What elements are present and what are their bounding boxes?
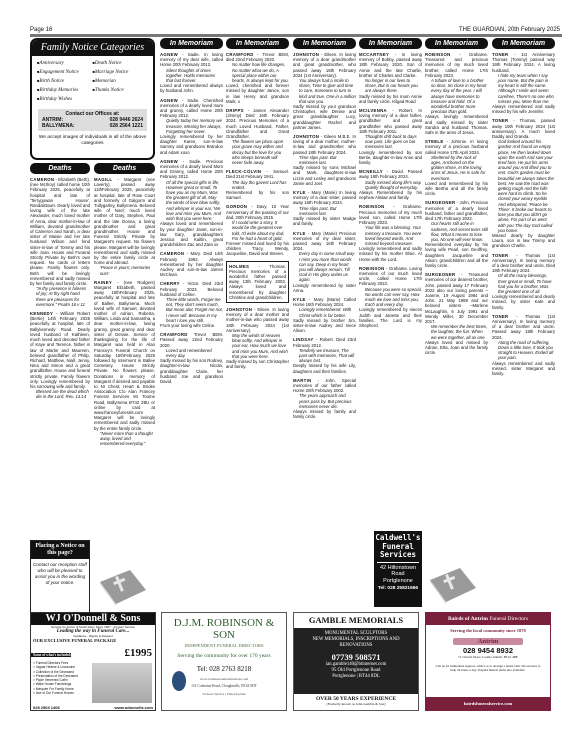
notice-text: ROBINSON - Grahame. Treasured and precio… [425,52,488,78]
notice-signoff: Remembered everyday by his loving wife P… [425,242,488,268]
ad-formerly: (Formerly known as John Gamble & Son) [294,702,418,706]
phone: Tel: 028 25821666 [374,586,422,591]
notice-entry: SURGEONER - Treasured memories of our de… [425,272,488,355]
notice-text: JOHNSTON - Eileen. In loving memory of a… [293,52,356,78]
notice-verse: Three little words, Forget me not, They … [160,297,223,323]
notice-entry: MARTIN - John. Special memories of our f… [293,378,356,420]
notice-signoff: Sadly missed by sons Michael and Mark, d… [293,165,356,186]
category-item: Thanks Notice [93,86,149,95]
notice-verse: Time slips past, But memories last. [293,206,356,216]
caldwells-name: Caldwell's Funeral Services [374,534,422,560]
notice-surname: MARTIN [293,378,312,383]
category-item: Birthday Memories [37,86,93,95]
memoriam-column-8: In Memoriam TONER - 1st Anniversary Thom… [492,38,555,608]
notice-verse: The day tho gavest Lord has ended. [226,180,289,190]
notice-verse: Silent thoughts of times together. Holds… [160,68,223,84]
notice-surname: CAMERON [160,251,184,256]
notice-entry: FLECK-COLVIN - Samuel. Died 21st Februar… [226,169,289,200]
notice-signoff: Sadly missed by your grandson Christophe… [293,104,356,130]
notice-text: TONER - Thomas (1st Anniversary). In lov… [492,253,555,274]
notice-entry: KYLE - Mary (Marie) In loving memory of … [293,190,356,226]
notice-signoff: Loved and remembered by his wife Bertha … [425,181,488,197]
notice-surname: CAMERON [30,177,54,182]
notice-signoff: Always lovingly remembered and sadly mis… [425,114,488,135]
notice-verse: "In thy presence is fulness of joy; At t… [30,286,90,307]
notice-signoff: Forever missed and loved by his children… [226,241,289,257]
category-item: Anniversary [37,59,93,68]
ad-serving: Serving the local community since 1870 [426,628,550,633]
notice-signoff: Lovingly remembered and sadly missed by … [359,246,422,262]
notice-text: SURGEONER - John. Precious memories of a… [425,200,488,221]
notice-signoff: Lovingly remembered by her daughter Kare… [160,134,223,155]
notice-surname: TONER [492,118,508,123]
notice-entry: GORDON - Davy. 10 Year Anniversary of th… [226,204,289,256]
notice-signoff: Sadly missed by brother Jim, sister-in-l… [293,318,356,334]
notice-verse: Our hearts still ache in sadness, And se… [425,221,488,242]
notice-entry: CAMERON - Mary. Died 14th February 1992.… [160,251,223,277]
notice-text: TONER - 1st Anniversary Thomas (Tommy) p… [492,52,555,73]
bible-icon [426,566,478,604]
ad-phone: 07739 508571 [296,652,416,662]
ad-text: Call us for immediate support, advice or… [426,664,550,672]
notice-text: MCCARTNEY - In loving memory of Bobby, p… [359,52,422,78]
notice-verse: The flowers we place upon your grave may… [226,139,289,165]
notice-surname: CRAWFORD [160,332,188,337]
office-ballymena: BALLYMENA:028 2564 1221 [42,123,143,129]
notice-verse: A tribute of love to a brother so dear. … [425,78,488,114]
notice-text: TONER - Thomas, passed away 19th Februar… [492,118,555,139]
ad-name: WJ O'Donnell & Sons [31,613,155,625]
ad-name-suffix: Funeral Directors [489,616,528,622]
notice-verse: Because you were so special, No words ca… [359,287,422,308]
notice-verse: I hide my tears when I say your name, Bu… [492,73,555,104]
notice-text: ROBINSON - Grahame. Precious memories of… [359,204,422,225]
notice-text: KYLE - Mary (Marie) Called Home 16th Feb… [293,297,356,307]
ad-name: Bairds of Antrim [448,616,488,622]
memoriam-column-6: In Memoriam MCCARTNEY - In loving memory… [359,38,422,528]
notice-text: HOLMES - Thomas. Precious memories of a … [229,264,286,300]
section-header-deaths: Deaths [94,163,155,174]
notice-surname: ROBINSON [425,52,451,57]
notice-signoff: Always remembered and sadly missed, sist… [492,361,555,377]
notice-text: KYLE - Mary (Marie) Precious memories of… [293,231,356,252]
notice-entry: AGNEW - Sadie. Precious memories of a de… [160,159,223,247]
notice-text: MAGILL - Margaret (nee Laverty), passed … [94,177,155,265]
placing-notice-title: Placing a Notice on this page? [31,541,89,559]
notice-entry: JOHNSTON - Eileen. In loving memory of a… [293,52,356,130]
notice-entry: KYLE - Mary (Marie) Precious memories of… [293,231,356,293]
notice-entry: TONER - Thomas, passed away 19th Februar… [492,118,555,248]
notice-entry: MAGILL - Margaret (nee Laverty), passed … [94,177,155,276]
notice-entry: MCILVENNA - Robert. In loving memory of … [359,108,422,165]
ad-website: www.odonnells.com [114,705,153,710]
category-item: Memorian [93,77,149,86]
section-header-memoriam: In Memoriam [293,38,356,49]
ad-line: NEW MEMORIALS, INSCRIPTIONS AND RENOVATI… [296,637,416,649]
notice-surname: RAINEY [94,280,112,285]
notice-surname: GORDON [226,204,247,209]
placing-notice-box: Placing a Notice on this page? Contact o… [30,540,90,614]
notice-surname: HOLMES [229,264,249,269]
ad-body: MONUMENTAL SCULPTORS NEW MEMORIALS, INSC… [294,628,418,694]
deaths-column-1: Deaths CAMERON - Elizabeth (Beth), (nee … [30,163,90,533]
notice-entry: TONER - Thomas (1st Anniversary). In lov… [492,314,555,376]
notice-verse: Quietly today her memory we treasure, Mi… [160,118,223,134]
memoriam-column-5: In Memoriam JOHNSTON - Eileen. In loving… [293,38,356,608]
ad-included-list: > Funeral Directors Fees> Jaguar Hearse … [31,661,86,695]
ad-included-heading: Some of what's included: [31,653,71,657]
notice-surname: TONER [492,253,508,258]
notice-entry: STEELE - Johnnie. In loving memory of a … [425,139,488,196]
category-item: Birth Notice [37,77,93,86]
notice-entry: TONER - Thomas (1st Anniversary). In lov… [492,253,555,310]
notice-text: ROBINSON - Grahame. Loving memories of o… [359,266,422,287]
section-header-memoriam: In Memoriam [160,38,223,49]
notice-text: KENNEDY - William Robert (Bertie) 14th F… [30,311,90,389]
notice-text: JOHNSTON - Eileen M.B.E. In loving of a … [293,134,356,155]
notice-entry: JOHNSTON - Eileen. In loving memory of a… [226,307,289,369]
notice-entry: KENNEDY - William Robert (Bertie) 14th F… [30,311,90,399]
categories-title: Family Notice Categories [32,40,153,56]
ad-town: Antrim [453,638,523,645]
notice-text: CAMERON - Elizabeth (Beth), (nee McIlroy… [30,177,90,286]
notice-text: LINDSAY - Robert. Died 23rd February 201… [293,337,356,347]
notice-text: MCNEILLY - David. Passed away 18th Febru… [359,169,422,179]
notice-surname: KYLE [293,297,306,302]
gamble-memorials-ad: GAMBLE MEMORIALS MONUMENTAL SCULPTORS NE… [293,612,419,711]
notice-surname: MCILVENNA [359,108,387,113]
notice-verse: Along the road of suffering, Down a litt… [492,340,555,361]
notice-text: KYLE - Mary (Marie) In loving memory of … [293,190,356,206]
notice-text: AGNEW - Sadie. Precious memories of a de… [160,159,223,180]
notice-surname: DRIPPS [226,108,244,113]
memoriam-column-4: In Memoriam CRAWFORD - Trevor BEM, died … [226,38,289,608]
notice-entry: KYLE - Mary (Marie) Called Home 16th Feb… [293,297,356,333]
ad-title: Bairds of Antrim Funeral Directors [426,613,550,625]
notice-signoff: From your loving wife Celine. [160,323,223,328]
contact-offices: Contact our Offices at: ANTRIM:028 9446 … [38,109,147,131]
notice-surname: SURGEONER [425,200,455,205]
notice-entry: HOLMES - Thomas. Precious memories of a … [226,261,289,303]
memoriam-column-7: In Memoriam ROBINSON - Grahame. Treasure… [425,38,488,608]
placing-notice-body: Contact our reception staff who will be … [31,559,89,589]
ad-phone: 028 9454 8932 [426,646,550,655]
notice-entry: AGNEW - Sadie. In loving memory of my de… [160,52,223,94]
notice-verse: Your life was a blessing. Your memory a … [359,225,422,246]
notice-signoff: Sadly missed by son Christopher and fami… [226,359,289,369]
category-item: Death Notice [93,59,149,68]
section-header-memoriam: In Memoriam [425,38,488,49]
notice-signoff: Always missed by family and family circl… [293,409,356,419]
notice-entry: CHERRY - Victor. Died 23rd February 2023… [160,281,223,328]
notice-surname: ROBINSON [359,266,385,271]
notice-surname: AGNEW [160,52,178,57]
notice-verse: May the winds of Heaven blow softly, And… [226,333,289,359]
page-number: Page 16 [30,27,52,33]
section-header-memoriam: In Memoriam [359,38,422,49]
notice-verse: Time slips past. But memories last. [293,155,356,165]
notice-surname: KYLE [293,231,306,236]
crest-icon [172,671,186,691]
notice-surname: FLECK-COLVIN [226,169,261,174]
notice-entry: CRAWFORD Trevor BEM. Passed away 22nd Fe… [160,332,223,384]
category-item: Engagement Notice [37,68,93,77]
notice-surname: JOHNSTON [293,52,319,57]
publication-date: THE GUARDIAN, 20th February 2025 [459,27,560,33]
notice-surname: CHERRY [160,281,180,286]
djm-robinson-ad: D.J.M. ROBINSON & SON INDEPENDENT FUNERA… [161,612,287,711]
notice-verse: The years approach and years pass by. Bu… [293,393,356,409]
ad-subtitle: INDEPENDENT FUNERAL DIRECTORS [162,643,286,648]
office-phone: 028 2564 1221 [110,123,143,129]
included-item: > Use of Our Funeral Homes [33,691,86,695]
ad-address: Portglenone | BT44 8DL [296,674,416,680]
notice-verse: Thoughts drift back to days now past, Li… [359,134,422,150]
notice-surname: AGNEW [160,159,178,164]
notice-signoff: Remembered by his son Samuel. [226,190,289,200]
notice-verse: God looked around his garden And found a… [492,139,555,233]
notice-signoff: Sadly missed by his mum Annie and family… [359,94,422,104]
notice-surname: MCNEILLY [359,169,383,174]
notice-entry: ROBINSON - Grahame. Precious memories of… [359,204,422,261]
notice-verse: You always had a smile to share, Time to… [293,78,356,104]
notice-surname: STEELE [425,139,444,144]
header-rule [30,34,562,37]
notice-entry: RAINEY - (nee Rodgers) Margaret Elizabet… [94,280,155,447]
notice-entry: CAMERON - Elizabeth (Beth), (nee McIlroy… [30,177,90,307]
notice-text: MARTIN - John. Special memories of our f… [293,378,356,394]
notice-entry: AGNEW - Sadie. Cherished memories of a d… [160,98,223,155]
notice-surname: CRAWFORD [226,52,254,57]
notice-verse: We remember the best times, the laughter… [425,324,488,340]
ad-hours: 24 hour Service | Funeral plans [162,692,286,696]
notice-text: CAMERON - Mary. Died 14th February 1992.… [160,251,223,277]
ad-price: £1995 [125,647,153,659]
notice-signoff: Lovingly remembered by nieces Judith and… [359,307,422,328]
ad-address: 71 Church Street, County Antrim, BT41 4B… [426,655,550,659]
category-item: Birthday Wishes [37,95,93,104]
notice-surname: KENNEDY [30,311,53,316]
notice-signoff: Lovingly remembered and dearly missed, b… [492,294,555,310]
notice-surname: SURGEONER [425,272,455,277]
wj-odonnell-ad: WJ O'Donnell & Sons Serving Co Antrim & … [30,612,156,711]
notice-text: STEELE - Johnnie. In loving memory of a … [425,139,488,155]
notice-surname: MCCARTNEY [359,52,389,57]
notice-text: SURGEONER - Treasured memories of our de… [425,272,488,324]
notice-text: TONER - Thomas (1st Anniversary). In lov… [492,314,555,340]
memoriam-column-3: In Memoriam AGNEW - Sadie. In loving mem… [160,38,223,608]
ad-footer: bairdsfuneralservice.com [426,697,550,710]
notice-entry: JOHNSTON - Eileen M.B.E. In loving of a … [293,134,356,186]
notice-verse: Tenderly we treasure, The past with memo… [293,348,356,364]
notice-surname: TONER [492,314,508,319]
family-notice-categories: Family Notice Categories AnniversaryDeat… [30,38,155,160]
deaths-column-2: Deaths MAGILL - Margaret (nee Laverty), … [94,163,155,608]
notice-verse: No longer in our lives to share, But in … [359,78,422,94]
notice-signoff: Deeply missed by his wife Lily, daughter… [293,363,356,373]
bible-icon [96,568,148,606]
notice-signoff: Always Remembered by his nephew Alistair… [359,190,422,200]
notice-signoff: Always loved and remembered by your daug… [160,221,223,247]
notice-signoff: Loved, cherished and forever missed by d… [226,83,289,104]
notice-signoff: Lovingly remembered by son Bertie, daugh… [359,150,422,166]
ad-serving: Serving the community for over 170 years [162,653,286,659]
notice-text: AGNEW - Sadie. Cherished memories of a d… [160,98,223,119]
notice-verse: Lovingly remembered. With Christ which i… [293,307,356,317]
ad-footer: 028 2563 1406www.odonnells.com [31,705,155,710]
notice-text: AGNEW - Sadie. In loving memory of my de… [160,52,223,68]
notice-verse: Loved and remembered every day. [160,348,223,358]
notice-surname: JOHNSTON [293,134,319,139]
notice-signoff: Lovingly remembered by sister Anna. [293,283,356,293]
ad-website: bairdsfuneralservice.com [464,701,513,706]
notice-text: GORDON - Davy. 10 Year Anniversary of th… [226,204,289,220]
notice-signoff: Always remembered and sadly missed by hi… [492,104,555,114]
section-header-deaths: Deaths [30,163,90,174]
notice-text: FLECK-COLVIN - Samuel. Died 21st Februar… [226,169,289,179]
notice-text: CRAWFORD Trevor BEM. Passed away 22nd Fe… [160,332,223,348]
notice-signoff: Always loved and missed by Adrian, Etta,… [425,340,488,356]
notice-signoff: Sadly missed by sister Madge and family. [293,216,356,226]
notice-surname: KYLE [293,190,306,195]
notice-surname: ROBINSON [359,204,385,209]
notice-surname: LINDSAY [293,337,314,342]
notice-verse: Sadly missed along life's way. Quietly t… [359,180,422,190]
ad-name: GAMBLE MEMORIALS [294,613,418,628]
notice-surname: AGNEW [160,98,178,103]
notice-entry: LINDSAY - Robert. Died 23rd February 201… [293,337,356,373]
notice-entry: CRAWFORD - Trevor BEM, died 22nd Februar… [226,52,289,104]
funeral-home-photo [92,663,152,703]
images-note: We accept images of individuals in all o… [32,133,153,149]
ad-name: D.J.M. ROBINSON & SON [162,617,286,641]
notice-entry: SURGEONER - John. Precious memories of a… [425,200,488,268]
section-header-memoriam: In Memoriam [492,38,555,49]
notice-surname: JOHNSTON [226,307,252,312]
notice-verse: No matter how life changes, No matter wh… [226,62,289,83]
categories-list: AnniversaryDeath NoticeEngagement Notice… [32,56,153,107]
notice-text: JOHNSTON - Eileen. In loving memory of a… [226,307,289,333]
notice-signoff: Missed dearly by daughter Laura, son in … [492,233,555,249]
address-line: Portglenone [374,578,422,585]
notice-signoff: Loved and remembered always by husband J… [160,83,223,93]
ad-phone: 028 2563 1406 [33,705,60,710]
ad-package: OUR EXCLUSIVE FUNERAL PACKAGE [31,638,155,643]
notice-surname: TONER [492,52,508,57]
notice-surname: MAGILL [94,177,112,182]
notice-text: RAINEY - (nee Rodgers) Margaret Elizabet… [94,280,155,431]
notice-text: CRAWFORD - Trevor BEM, died 22nd Februar… [226,52,289,62]
caldwells-funeral-ad: Caldwell's Funeral Services 42 Hiltonsto… [374,531,422,607]
notice-verse: Every day in some small way I miss you m… [293,251,356,282]
notice-entry: ROBINSON - Grahame. Loving memories of o… [359,266,422,328]
notice-signoff: Sadly missed by his son Rodney, daughter… [160,358,223,384]
notice-text: DRIPPS - James Alexander (Jimmy) Died 16… [226,108,289,139]
notice-verse: Blessed are the dead which die in the Lo… [30,389,90,399]
notice-entry: DRIPPS - James Alexander (Jimmy) Died 16… [226,108,289,165]
notice-entry: MCNEILLY - David. Passed away 18th Febru… [359,169,422,200]
notice-verse: "Never more than a thought away, loved a… [94,431,155,447]
notice-verse: Of all the special gifts in life, Howeve… [160,180,223,222]
notice-entry: ROBINSON - Grahame. Treasured and precio… [425,52,488,135]
notice-entry: MCCARTNEY - In loving memory of Bobby, p… [359,52,422,104]
category-item: Marriage Notice [93,68,149,77]
notice-verse: If I could write a story, It would be th… [226,220,289,241]
notice-text: MCILVENNA - Robert. In loving memory of … [359,108,422,134]
notice-entry: TONER - 1st Anniversary Thomas (Tommy) p… [492,52,555,114]
notice-text: CHERRY - Victor. Died 23rd February 2023… [160,281,223,297]
section-header-memoriam: In Memoriam [226,38,289,49]
notice-verse: 'Peace is yours; memories ours' [94,265,155,275]
notice-verse: Of all the many blessings, Ever great or… [492,273,555,294]
divider [377,562,419,563]
bairds-of-antrim-ad: Bairds of Antrim Funeral Directors Servi… [425,612,551,711]
notice-verse: Sheltered by the rock of ages, Anchored … [425,155,488,181]
office-name: BALLYMENA: [42,123,75,129]
